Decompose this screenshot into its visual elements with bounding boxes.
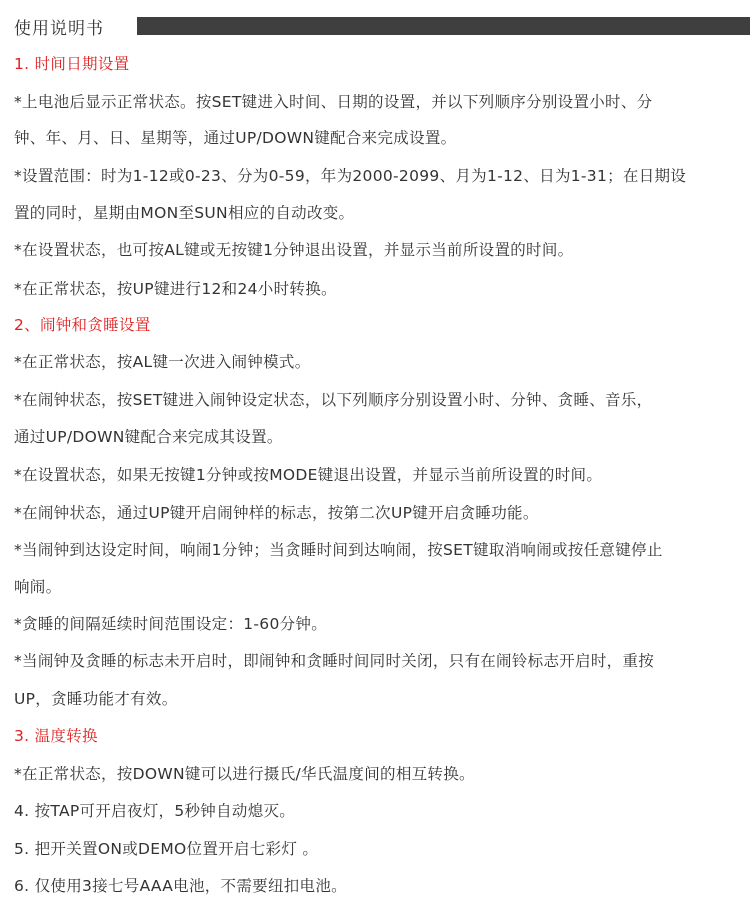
instruction-line: *上电池后显示正常状态。按SET键进入时间、日期的设置，并以下列顺序分别设置小时… [14,92,740,112]
instruction-line: *在设置状态，如果无按键1分钟或按MODE键退出设置，并显示当前所设置的时间。 [14,465,740,485]
instruction-line: *设置范围：时为1-12或0-23、分为0-59，年为2000-2099、月为1… [14,166,740,186]
instruction-line: 钟、年、月、日、星期等，通过UP/DOWN键配合来完成设置。 [14,128,740,148]
header-divider-bar [137,17,750,35]
instruction-line: *当闹钟及贪睡的标志未开启时，即闹钟和贪睡时间同时关闭，只有在闹铃标志开启时，重… [14,651,740,671]
manual-title: 使用说明书 [14,14,104,39]
instruction-line: 5. 把开关置ON或DEMO位置开启七彩灯 。 [14,839,740,859]
instruction-line: *在闹钟状态，按SET键进入闹钟设定状态，以下列顺序分别设置小时、分钟、贪睡、音… [14,390,740,410]
section-heading: 1. 时间日期设置 [14,54,740,74]
instruction-line: *在设置状态，也可按AL键或无按键1分钟退出设置，并显示当前所设置的时间。 [14,240,740,260]
instruction-line: 通过UP/DOWN键配合来完成其设置。 [14,427,740,447]
instruction-line: UP，贪睡功能才有效。 [14,689,740,709]
instruction-line: 6. 仅使用3接七号AAA电池，不需要纽扣电池。 [14,876,740,896]
manual-header: 使用说明书 [14,10,750,42]
instruction-line: *在闹钟状态，通过UP键开启闹钟样的标志，按第二次UP键开启贪睡功能。 [14,503,740,523]
instruction-line: 置的同时，星期由MON至SUN相应的自动改变。 [14,203,740,223]
section-heading: 3. 温度转换 [14,726,740,746]
section-heading: 2、闹钟和贪睡设置 [14,315,740,335]
instruction-line: *在正常状态，按DOWN键可以进行摄氏/华氏温度间的相互转换。 [14,764,740,784]
instruction-line: 响闹。 [14,577,740,597]
instruction-line: *当闹钟到达设定时间，响闹1分钟；当贪睡时间到达响闹，按SET键取消响闹或按任意… [14,540,740,560]
instruction-line: 4. 按TAP可开启夜灯，5秒钟自动熄灭。 [14,801,740,821]
instruction-line: *贪睡的间隔延续时间范围设定：1-60分钟。 [14,614,740,634]
instruction-line: *在正常状态，按UP键进行12和24小时转换。 [14,279,740,299]
instruction-line: *在正常状态，按AL键一次进入闹钟模式。 [14,352,740,372]
